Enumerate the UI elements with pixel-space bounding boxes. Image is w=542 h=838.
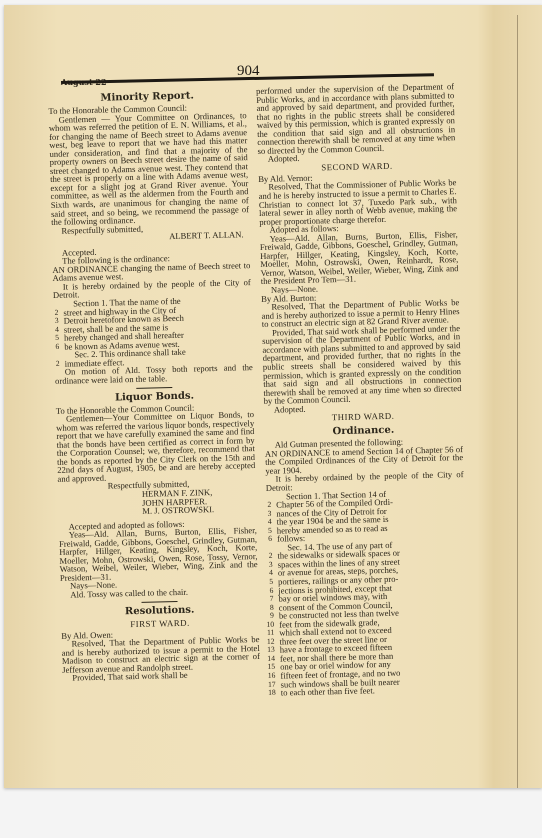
- minority-report-body: Gentlemen — Your Committee on Ordinances…: [49, 111, 250, 227]
- section-divider: [136, 387, 172, 389]
- resolution-body: Resolved, That the Department of Public …: [61, 635, 260, 674]
- section-divider: [141, 601, 177, 603]
- provided-text: Provided, That said work shall be perfor…: [262, 324, 462, 406]
- right-column: performed under the supervision of the D…: [256, 82, 469, 697]
- resolution-body: Resolved, That the Commissioner of Publi…: [258, 179, 457, 227]
- section-14: Sec. 14. The use of any part of 2the sid…: [267, 539, 469, 698]
- scanned-page: August 22 904 Minority Report. To the Ho…: [4, 5, 542, 788]
- liquor-bonds-body: Gentlemen—Your Committee on Liquor Bonds…: [56, 410, 256, 483]
- yeas-list: Yeas—Ald. Allan, Burns, Burton, Ellis, F…: [260, 230, 459, 286]
- section-1: Section 1. That Section 14 of 2Chapter 5…: [266, 488, 465, 544]
- left-column: Minority Report. To the Honorable the Co…: [48, 86, 260, 682]
- yeas-list: Yeas—Ald. Allan, Burns, Burton, Ellis, F…: [59, 526, 258, 582]
- page-gutter-line: [517, 15, 518, 788]
- continuation-text: performed under the supervision of the D…: [256, 82, 456, 155]
- section-1: Section 1. That the name of the 2street …: [53, 295, 252, 351]
